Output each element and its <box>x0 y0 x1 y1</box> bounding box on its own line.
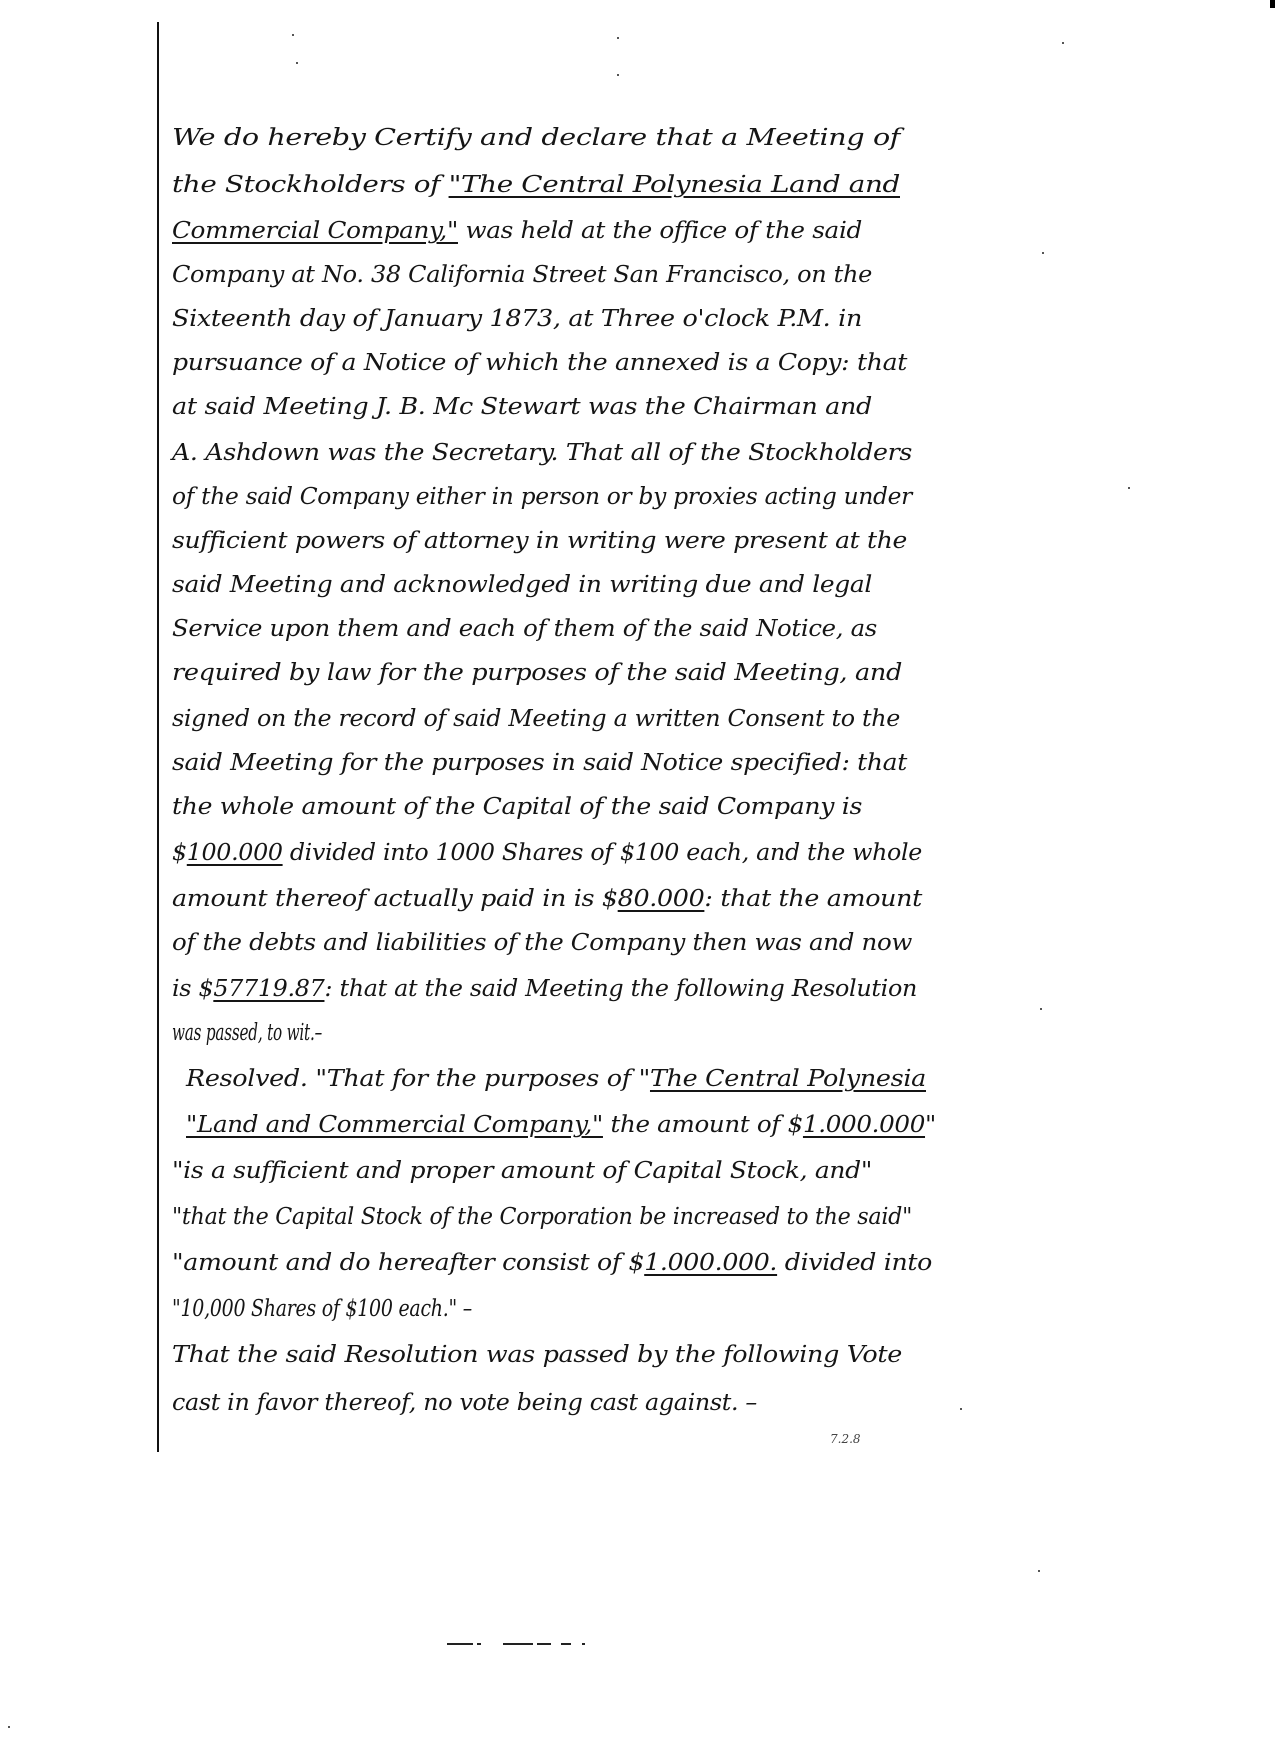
text-line: Company at No. 38 California Street San … <box>172 262 872 288</box>
text-line: signed on the record of said Meeting a w… <box>172 706 900 732</box>
underlined-text: 1.000.000 <box>803 1112 925 1138</box>
scan-speck <box>1062 42 1064 44</box>
scan-speck <box>617 74 619 76</box>
underlined-text: Commercial Company," <box>172 218 458 244</box>
underlined-text: 57719.87 <box>213 976 324 1002</box>
line-text: divided into 1000 Shares of $100 each, a… <box>283 840 922 866</box>
document-page: We do hereby Certify and declare that a … <box>0 0 1275 1754</box>
text-line: required by law for the purposes of the … <box>172 660 902 686</box>
line-text: " <box>925 1112 936 1138</box>
line-text: pursuance of a Notice of which the annex… <box>172 350 907 376</box>
line-text: said Meeting for the purposes in said No… <box>172 750 907 776</box>
line-text: : that the amount <box>704 886 922 912</box>
underlined-text: 100.000 <box>187 840 283 866</box>
line-text: $ <box>172 840 187 866</box>
underlined-text: The Central Polynesia <box>650 1066 926 1092</box>
text-line: of the debts and liabilities of the Comp… <box>172 930 912 956</box>
line-text: That the said Resolution was passed by t… <box>172 1342 902 1368</box>
text-line: "10,000 Shares of $100 each." – <box>172 1296 472 1322</box>
footer-rule <box>503 1643 533 1645</box>
text-line: That the said Resolution was passed by t… <box>172 1342 902 1368</box>
line-text: Service upon them and each of them of th… <box>172 616 877 642</box>
text-line: "is a sufficient and proper amount of Ca… <box>172 1158 872 1184</box>
line-text: the amount of $ <box>603 1112 803 1138</box>
line-text: is $ <box>172 976 213 1002</box>
text-line: said Meeting and acknowledged in writing… <box>172 572 872 598</box>
line-text: divided into <box>777 1250 932 1276</box>
line-text: We do hereby Certify and declare that a … <box>172 125 900 151</box>
left-margin-rule <box>157 22 159 1452</box>
text-line: "amount and do hereafter consist of $1.0… <box>172 1250 932 1276</box>
line-text: of the debts and liabilities of the Comp… <box>172 930 912 956</box>
line-text: the whole amount of the Capital of the s… <box>172 794 862 820</box>
line-text: Company at No. 38 California Street San … <box>172 262 872 288</box>
text-line: $100.000 divided into 1000 Shares of $10… <box>172 840 922 866</box>
text-line: the Stockholders of "The Central Polynes… <box>172 172 900 198</box>
text-line: Commercial Company," was held at the off… <box>172 218 862 244</box>
underlined-text: 1.000.000. <box>644 1250 777 1276</box>
text-line: Sixteenth day of January 1873, at Three … <box>172 306 862 332</box>
line-text: A. Ashdown was the Secretary. That all o… <box>172 440 912 466</box>
text-line: sufficient powers of attorney in writing… <box>172 528 907 554</box>
line-text: "is a sufficient and proper amount of Ca… <box>172 1158 872 1184</box>
scan-corner-mark <box>1270 0 1275 8</box>
text-line: the whole amount of the Capital of the s… <box>172 794 862 820</box>
scan-speck <box>617 37 619 39</box>
text-line: was passed, to wit.– <box>172 1020 322 1046</box>
line-text: required by law for the purposes of the … <box>172 660 902 686</box>
text-line: said Meeting for the purposes in said No… <box>172 750 907 776</box>
line-text: "amount and do hereafter consist of $ <box>172 1250 644 1276</box>
text-line: cast in favor thereof, no vote being cas… <box>172 1390 757 1416</box>
line-text: was held at the office of the said <box>458 218 862 244</box>
line-text: of the said Company either in person or … <box>172 484 912 510</box>
text-line: A. Ashdown was the Secretary. That all o… <box>172 440 912 466</box>
line-text: "10,000 Shares of $100 each." – <box>172 1296 472 1322</box>
line-text: Resolved. "That for the purposes of " <box>186 1066 650 1092</box>
line-text: Sixteenth day of January 1873, at Three … <box>172 306 862 332</box>
footer-rule <box>582 1643 585 1645</box>
scan-speck <box>960 1408 962 1410</box>
line-text: at said Meeting J. B. Mc Stewart was the… <box>172 394 872 420</box>
footer-rule <box>561 1643 571 1645</box>
text-line: Resolved. "That for the purposes of "The… <box>186 1066 926 1092</box>
underlined-text: "Land and Commercial Company," <box>186 1112 603 1138</box>
line-text: "that the Capital Stock of the Corporati… <box>172 1204 912 1230</box>
scan-speck <box>8 1726 10 1728</box>
scan-speck <box>296 62 298 64</box>
text-line: at said Meeting J. B. Mc Stewart was the… <box>172 394 872 420</box>
page-mark: 7.2.8 <box>830 1432 861 1446</box>
text-line: "Land and Commercial Company," the amoun… <box>186 1112 936 1138</box>
line-text: said Meeting and acknowledged in writing… <box>172 572 872 598</box>
line-text: signed on the record of said Meeting a w… <box>172 706 900 732</box>
footer-rule <box>477 1643 481 1645</box>
scan-speck <box>1038 1570 1040 1572</box>
text-line: Service upon them and each of them of th… <box>172 616 877 642</box>
scan-speck <box>1128 487 1130 489</box>
line-text: sufficient powers of attorney in writing… <box>172 528 907 554</box>
line-text: amount thereof actually paid in is $ <box>172 886 618 912</box>
text-line: is $57719.87: that at the said Meeting t… <box>172 976 917 1002</box>
underlined-text: 80.000 <box>618 886 705 912</box>
line-text: cast in favor thereof, no vote being cas… <box>172 1390 757 1416</box>
underlined-text: "The Central Polynesia Land and <box>449 172 900 198</box>
text-line: pursuance of a Notice of which the annex… <box>172 350 907 376</box>
line-text: the Stockholders of <box>172 172 449 198</box>
text-line: amount thereof actually paid in is $80.0… <box>172 886 922 912</box>
scan-speck <box>1042 252 1044 254</box>
line-text: was passed, to wit.– <box>172 1020 322 1046</box>
text-line: "that the Capital Stock of the Corporati… <box>172 1204 912 1230</box>
text-line: of the said Company either in person or … <box>172 484 912 510</box>
scan-speck <box>1040 1008 1042 1010</box>
line-text: : that at the said Meeting the following… <box>324 976 917 1002</box>
footer-rule <box>537 1643 551 1645</box>
scan-speck <box>292 34 294 36</box>
footer-rule <box>447 1643 473 1645</box>
text-line: We do hereby Certify and declare that a … <box>172 125 900 151</box>
